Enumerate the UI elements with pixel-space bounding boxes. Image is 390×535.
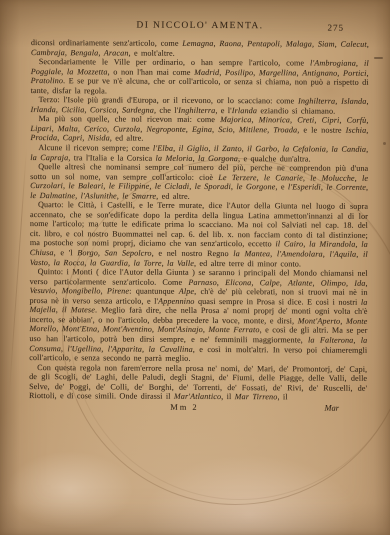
text-run: , [366,183,368,192]
text-run-italic: Mongibello [62,286,101,295]
text-run-italic: Cicilia [61,105,84,114]
text-run: , [366,145,368,154]
page-header-title: DI NICCOLO' AMENTA. [31,20,369,32]
text-run-italic: Minorica [259,116,290,125]
page-footer: Mm 2 Mar [29,402,367,415]
text-run-italic: Capri [63,134,83,143]
text-run-italic: Malaga [286,39,312,48]
text-run: . E se pur ve n'è alcuna, che or coll'ar… [31,76,369,95]
paragraph: Ma più son quelle, che nol ricevon mai: … [30,114,368,144]
text-run-italic: Pirene [107,287,129,296]
text-run-italic: il Matese [62,305,95,314]
text-run-italic: Inghilterra [178,106,215,115]
paragraph: Quarto: le Città, i Castelli, e le Terre… [30,200,368,269]
text-run: Alcune il ricevon sempre; come [38,143,153,153]
text-run-italic: le Dalmatine [30,191,75,200]
text-run-italic: la Mozzetta [67,67,108,76]
text-run-italic: la Gorgona [198,153,238,162]
text-run: , il [221,392,235,401]
text-run-italic: la Capraja [30,153,68,162]
text-run-italic: la Meloria [155,153,192,162]
text-run-italic: Inghilterra [298,97,335,106]
text-run-italic: Mont'Aperto [298,316,341,325]
text-run-italic: le Corrente [326,183,366,192]
text-run-italic: Olimpo [321,278,346,287]
text-run-italic: Malta [58,124,78,133]
text-run-italic: Vesuvio [30,286,56,295]
book-page: DI NICCOLO' AMENTA. 275 diconsi ordinari… [0,0,390,535]
text-run: quasi sempre in Prosa si dice. E così i … [194,297,360,307]
page-number: 275 [327,23,344,33]
text-run-italic: Le Terzere [218,173,256,182]
text-run: , [366,126,368,135]
text-run: , [366,97,368,106]
text-run-italic: la Mirandola [309,240,355,249]
text-run-italic: Majorica [220,115,251,124]
text-run: , [312,278,320,287]
text-run: , che l' [154,105,178,114]
text-run-italic: Mar'Atlantico [174,392,221,401]
text-run: , e qualche dun'altra. [238,154,311,163]
text-run-italic: il Garbo [247,144,277,153]
running-header: DI NICCOLO' AMENTA. 275 [31,20,369,35]
text-run: , e [275,182,288,191]
text-run-italic: Raona [219,39,241,48]
text-run-italic: l'Aquila [329,250,356,259]
paragraph: Quelle altresì che nominansi sempre col … [30,162,368,202]
text-run: , [365,278,367,287]
text-run-italic: le Filippine [109,182,150,191]
text-run: Ma più son quelle, che nol ricevon mai: … [38,114,220,124]
text-run-italic: l'Apparita [108,344,142,353]
text-run: , [251,278,259,287]
text-run-italic: Pratolino [31,76,63,85]
text-run-italic: la Cefalonia [283,144,326,153]
text-run-italic: Corfù [347,116,367,125]
text-run-italic: Ida [354,278,365,287]
body-text: diconsi ordinariamente senz'articolo, co… [29,38,369,403]
text-run-italic: Lipari [30,124,51,133]
text-run-italic: Mont'Aventino [103,325,152,334]
text-run-italic: Parnaso [188,277,217,286]
text-run-italic: Mont'Etna [62,325,97,334]
text-run-italic: Creti [297,116,314,125]
text-run-italic: Lemagna [182,39,213,48]
text-run-italic: le Gorgone [236,182,275,191]
text-run: , [355,173,362,182]
text-run: , e l' [215,106,231,115]
text-run-italic: San Sepolcro [105,248,152,257]
text-run-italic: Cerico [84,124,107,133]
text-run-italic: l'Ugellina [67,344,101,353]
text-run: , tra l'Italia e la Corsica [68,153,155,162]
margin-pen-mark [374,57,383,59]
paragraph: Alcune il ricevon sempre; come l'Elba, i… [30,143,368,164]
text-run-italic: Monte Ferrato [208,325,259,334]
text-run-italic: il Zanto [214,144,242,153]
text-run-italic: Appennino [158,296,194,305]
text-run: eziandio si chiamano. [257,106,335,115]
paper-speck [383,142,386,145]
text-run-italic: Atlante [288,278,312,287]
text-run-italic: Irlanda [232,106,257,115]
text-run-italic: Portici [343,68,367,77]
text-run: , e molt'altre. [129,48,175,57]
catchword: Mar [325,403,339,412]
text-run-italic: Negroponte [146,125,185,134]
paragraph: Secondariamente le Ville per ordinario, … [31,57,369,97]
text-run-italic: Bengala [70,48,98,57]
text-run: , o non l'han mai come [108,67,195,76]
text-run-italic: Nisida [88,134,110,143]
text-run-italic: le Smarre [122,191,156,200]
text-run: , [257,173,264,182]
text-run-italic: l'Ambrogiana [310,59,356,68]
text-run-italic: Egina [192,125,212,134]
text-run: , [367,40,369,49]
text-run-italic: l'Amendolara [277,249,323,258]
text-run-italic: Margellina [259,68,297,77]
text-run-italic: le Canarie [264,173,303,182]
signature-mark: Mm 2 [170,403,198,412]
text-run: , ed altre terre di minor conto. [194,258,301,268]
text-run-italic: la Valle [167,258,194,267]
text-run-italic: Mont'Asinajo [157,325,202,334]
text-run-italic: le Cicladi [155,182,189,191]
paragraph: Terzo: l'Isole più grandi d'Europa, or i… [31,95,369,116]
text-run-italic: Pentapoli [247,39,280,48]
text-run-italic: la Candia [331,145,366,154]
text-run-italic: Cipri [322,116,340,125]
text-run-italic: le Molucche [310,173,355,182]
text-run-italic: la Rocca [53,258,84,267]
text-run-italic: l'Esperidi [288,183,321,192]
text-run-italic: Cambraja [31,48,65,57]
text-run: , e 'l [54,248,78,257]
paragraph: Quinto: i Monti ( dice l'Autor della Giu… [29,267,367,364]
text-run-italic: Siam [318,40,335,49]
text-run-italic: la Guardia [90,258,128,267]
text-run: : quantunque [129,287,179,296]
text-run-italic: Aracan [104,48,129,57]
text-run-italic: la Cavallina [148,344,192,353]
paper-crease [9,148,27,395]
text-run: , [290,116,297,125]
text-run-italic: la Falterona [308,335,353,344]
text-run-italic: il Giglio [179,144,209,153]
text-run-italic: Calecut [341,40,367,49]
text-run-italic: Sardegna [122,105,154,114]
text-run: , il [277,393,287,402]
text-run-italic: la Mantea [233,249,270,258]
text-run: , [366,116,368,125]
text-run-italic: le Baleari [68,181,103,190]
text-run-italic: Mar Tirreno [235,392,278,401]
text-run-italic: Alpe [179,287,194,296]
text-run-italic: Elicona [225,278,251,287]
text-run-italic: Ischia [346,126,367,135]
text-run: , e le nostre [297,125,345,134]
text-run: , [367,68,369,77]
text-run: , ed altre. [110,134,144,143]
text-run-italic: la Torre [133,258,161,267]
paragraph: Con questa regola non farem'errore nella… [29,363,367,403]
text-run: , [303,173,310,182]
text-run-italic: Mitilene [239,125,267,134]
text-run: , e nel nostro Regno [152,249,234,258]
text-run-italic: Islanda [341,97,366,106]
text-run-italic: Troada [273,125,297,134]
text-run-italic: Curzola [113,124,140,133]
text-run: , [346,278,354,287]
text-run: diconsi ordinariamente senz'articolo, co… [31,38,182,48]
text-run: , ed altre. [156,191,190,200]
text-run-italic: l'Elba [153,144,173,153]
text-run-italic: le Sporadi [195,182,231,191]
text-run-italic: Corsica [90,105,117,114]
text-run-italic: Antignano [302,68,337,77]
text-run-italic: Calpe [260,278,280,287]
text-run-italic: l'Aslunithe [81,191,117,200]
text-run-italic: il Cairo [275,240,303,249]
text-run-italic: Procida [30,133,57,142]
text-run-italic: Irlanda [31,105,56,114]
text-run-italic: Posilipo [225,68,253,77]
text-run-italic: Madrid [194,67,219,76]
text-block: DI NICCOLO' AMENTA. 275 diconsi ordinari… [29,20,369,415]
text-run-italic: Borgo [77,248,98,257]
text-run-italic: Scio [218,125,233,134]
paragraph: diconsi ordinariamente senz'articolo, co… [31,38,369,59]
